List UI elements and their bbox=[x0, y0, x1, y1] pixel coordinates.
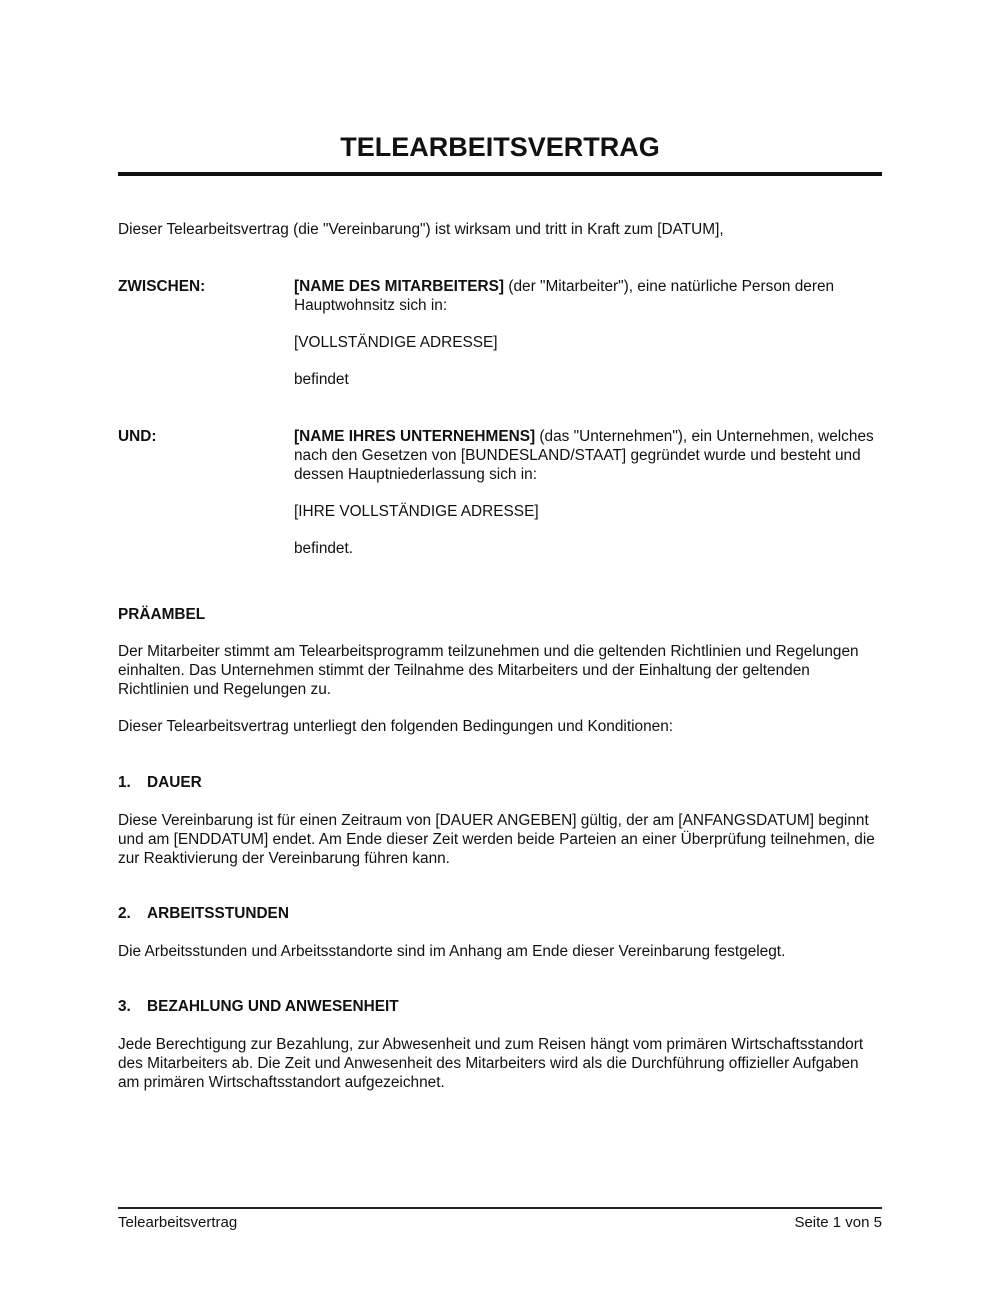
party-employee-description: [NAME DES MITARBEITERS] (der "Mitarbeite… bbox=[294, 277, 884, 315]
company-address-placeholder: [IHRE VOLLSTÄNDIGE ADRESSE] bbox=[294, 502, 884, 521]
title-divider bbox=[118, 172, 882, 176]
party-employee-closing: befindet bbox=[294, 370, 884, 389]
company-name-placeholder: [NAME IHRES UNTERNEHMENS] bbox=[294, 428, 535, 445]
section-1-text: Diese Vereinbarung ist für einen Zeitrau… bbox=[118, 811, 882, 868]
employee-address-placeholder: [VOLLSTÄNDIGE ADRESSE] bbox=[294, 333, 884, 352]
party-employee: [NAME DES MITARBEITERS] (der "Mitarbeite… bbox=[294, 277, 884, 407]
document-title: TELEARBEITSVERTRAG bbox=[118, 128, 882, 166]
section-3-text: Jede Berechtigung zur Bezahlung, zur Abw… bbox=[118, 1035, 882, 1092]
section-3-number: 3. bbox=[118, 997, 147, 1016]
employee-name-placeholder: [NAME DES MITARBEITERS] bbox=[294, 278, 504, 295]
footer-divider bbox=[118, 1207, 882, 1209]
party-company-description: [NAME IHRES UNTERNEHMENS] (das "Unterneh… bbox=[294, 427, 884, 484]
section-1-number: 1. bbox=[118, 773, 147, 792]
preamble-paragraph-2: Dieser Telearbeitsvertrag unterliegt den… bbox=[118, 717, 882, 736]
preamble-heading: PRÄAMBEL bbox=[118, 605, 882, 624]
footer-document-name: Telearbeitsvertrag bbox=[118, 1213, 237, 1232]
party-company-closing: befindet. bbox=[294, 539, 884, 558]
intro-paragraph: Dieser Telearbeitsvertrag (die "Vereinba… bbox=[118, 220, 882, 239]
party-label-between: ZWISCHEN: bbox=[118, 277, 205, 296]
section-1-heading: 1.DAUER bbox=[118, 773, 882, 792]
section-2-text: Die Arbeitsstunden und Arbeitsstandorte … bbox=[118, 942, 882, 961]
party-company: [NAME IHRES UNTERNEHMENS] (das "Unterneh… bbox=[294, 427, 884, 576]
section-2-heading: 2.ARBEITSSTUNDEN bbox=[118, 904, 882, 923]
footer-page-number: Seite 1 von 5 bbox=[794, 1213, 882, 1232]
section-2-number: 2. bbox=[118, 904, 147, 923]
section-3-heading: 3.BEZAHLUNG UND ANWESENHEIT bbox=[118, 997, 882, 1016]
preamble-paragraph-1: Der Mitarbeiter stimmt am Telearbeitspro… bbox=[118, 642, 882, 699]
party-label-and: UND: bbox=[118, 427, 156, 446]
